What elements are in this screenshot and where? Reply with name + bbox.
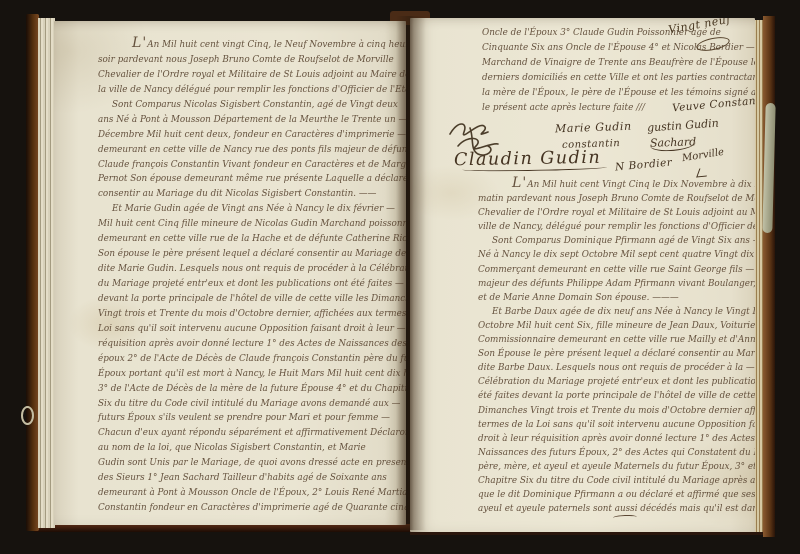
manuscript-line: Claude françois Constantin Vivant fondeu…	[98, 158, 402, 173]
manuscript-line: Pernot Son épouse demeurant même rue pré…	[98, 172, 402, 187]
signature-claudin-gudin: Claudin Gudin	[454, 148, 601, 171]
manuscript-line: des Sieurs 1° Jean Sachard Tailleur d'ha…	[98, 471, 402, 486]
manuscript-line: Chacun d'eux ayant répondu séparément et…	[98, 426, 402, 441]
manuscript-line: Époux portant qu'il est mort à Nancy, le…	[98, 367, 402, 382]
manuscript-line: Loi sans qu'il soit intervenu aucune Opp…	[98, 322, 402, 337]
manuscript-line: père, mère, et ayeul et ayeule Maternels…	[478, 460, 753, 474]
manuscript-line: Et Marie Gudin agée de Vingt ans Née à N…	[98, 202, 402, 217]
manuscript-line: L'An Mil huit cent Vingt Cinq le Dix Nov…	[478, 176, 753, 192]
signature-n-bordier: N Bordier	[615, 157, 673, 174]
manuscript-line: droit à leur réquisition après avoir don…	[478, 432, 753, 446]
manuscript-line: Constantin fondeur en Caractères d'impri…	[98, 501, 402, 516]
manuscript-line: Dimanches Vingt trois et Trente du mois …	[478, 404, 753, 418]
manuscript-line: la ville de Nancy délégué pour remplir l…	[98, 83, 402, 98]
manuscript-line: demeurant en cette ville rue de la Hache…	[98, 232, 402, 247]
manuscript-line: Chevalier de l'Ordre royal et Militaire …	[98, 68, 402, 83]
manuscript-line: Chapitre Six du titre du Code civil inti…	[478, 474, 753, 488]
signature-marie-gudin: Marie Gudin	[555, 120, 632, 136]
manuscript-line: dite Barbe Daux. Lesquels nous ont requi…	[478, 361, 753, 375]
manuscript-line: devant la porte principale de l'hôtel de…	[98, 292, 402, 307]
left-page-text: L'An Mil huit cent vingt Cinq, le Neuf N…	[98, 36, 402, 516]
manuscript-line: Et Barbe Daux agée de dix neuf ans Née à…	[478, 305, 753, 319]
manuscript-line: Mil huit cent Cinq fille mineure de Nico…	[98, 217, 402, 232]
manuscript-line: Son Épouse le père présent lequel a décl…	[478, 347, 753, 361]
manuscript-line: L'An Mil huit cent vingt Cinq, le Neuf N…	[98, 36, 402, 53]
manuscript-line: ans Né à Pont à Mousson Département de l…	[98, 113, 402, 128]
manuscript-line: 3° de l'Acte de Décès de la mère de la f…	[98, 382, 402, 397]
manuscript-line: Chevalier de l'Ordre royal et Militaire …	[478, 206, 753, 220]
book-cover-edge-bottom	[34, 524, 410, 532]
manuscript-line: Sont Comparus Dominique Pfirmann agé de …	[478, 234, 753, 248]
manuscript-line: et de Marie Anne Domain Son épouse. ———	[478, 291, 753, 305]
manuscript-line: été faites devant la porte principale de…	[478, 389, 753, 403]
right-page: Oncle de l'Époux 3° Claude Gudin Poisson…	[410, 18, 755, 532]
manuscript-line: soir pardevant nous Joseph Bruno Comte d…	[98, 53, 402, 68]
manuscript-line: futurs Époux s'ils veulent se prendre po…	[98, 411, 402, 426]
signature-morville: Morville	[681, 147, 724, 164]
manuscript-line: dite Marie Gudin. Lesquels nous ont requ…	[98, 262, 402, 277]
manuscript-line: Gudin sont Unis par le Mariage, de quoi …	[98, 456, 402, 471]
right-page-act2-text: L'An Mil huit cent Vingt Cinq le Dix Nov…	[478, 176, 753, 516]
manuscript-line: réquisition après avoir donné lecture 1°…	[98, 337, 402, 352]
page-stack-edges-left	[38, 18, 55, 528]
manuscript-line: Marchand de Vinaigre de Trente ans Beauf…	[482, 56, 753, 71]
manuscript-line: termes de la Loi sans qu'il soit interve…	[478, 418, 753, 432]
manuscript-line: consentir au Mariage du dit Nicolas Sigi…	[98, 187, 402, 202]
manuscript-line: au nom de la loi, que Nicolas Sigisbert …	[98, 441, 402, 456]
manuscript-line: que le dit Dominique Pfirmann a ou décla…	[478, 488, 753, 502]
manuscript-line: Sont Comparus Nicolas Sigisbert Constant…	[98, 98, 402, 113]
manuscript-line: Né à Nancy le dix sept Octobre Mil sept …	[478, 248, 753, 262]
manuscript-line: majeur des défunts Philippe Adam Pfirman…	[478, 277, 753, 291]
manuscript-line: demeurant en cette ville de Nancy rue de…	[98, 143, 402, 158]
manuscript-line: Célébration du Mariage projeté entr'eux …	[478, 375, 753, 389]
manuscript-line: derniers domiciliés en cette Ville et on…	[482, 71, 753, 86]
manuscript-line: Octobre Mil huit cent Six, fille mineure…	[478, 319, 753, 333]
manuscript-line: ayeul et ayeule paternels sont aussi déc…	[478, 502, 753, 516]
scanned-register-photo: L'An Mil huit cent vingt Cinq, le Neuf N…	[0, 0, 800, 554]
signature-sachard: Sachard	[650, 135, 697, 152]
binding-clasp	[21, 406, 34, 425]
manuscript-line: Naissances des futurs Époux, 2° des Acte…	[478, 446, 753, 460]
manuscript-line: ville de Nancy, délégué pour remplir les…	[478, 220, 753, 234]
signature-gustin-gudin: gustin Gudin	[647, 117, 720, 135]
left-page: L'An Mil huit cent vingt Cinq, le Neuf N…	[54, 21, 406, 525]
manuscript-line: du Mariage projeté entr'eux et dont les …	[98, 277, 402, 292]
manuscript-line: Commerçant demeurant en cette ville rue …	[478, 263, 753, 277]
manuscript-line: demeurant à Pont à Mousson Oncle de l'Ép…	[98, 486, 402, 501]
manuscript-line: Commissionnaire demeurant en cette ville…	[478, 333, 753, 347]
manuscript-line: Six du titre du Code civil intitulé du M…	[98, 397, 402, 412]
manuscript-line: époux 2° de l'Acte de Décès de Claude fr…	[98, 352, 402, 367]
manuscript-line: matin pardevant nous Joseph Bruno Comte …	[478, 192, 753, 206]
manuscript-line: Vingt trois et Trente du mois d'Octobre …	[98, 307, 402, 322]
manuscript-line: Décembre Mil huit cent deux, fondeur en …	[98, 128, 402, 143]
ink-flourish-dash	[613, 515, 637, 521]
manuscript-line: Son épouse le père présent lequel a décl…	[98, 247, 402, 262]
book-cover-edge-right	[763, 16, 775, 537]
